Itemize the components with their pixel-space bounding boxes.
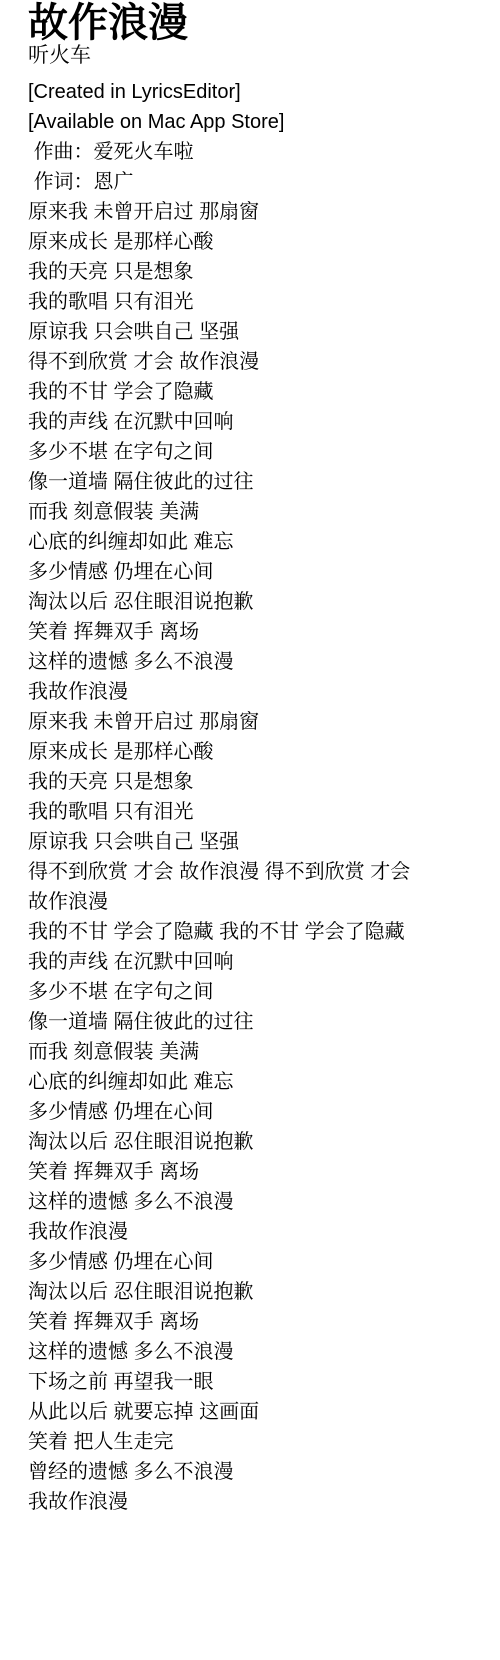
lyric-line: 原来成长 是那样心酸	[28, 737, 432, 767]
artist-name: 听火车	[28, 44, 490, 68]
lyric-line: 淘汰以后 忍住眼泪说抱歉	[28, 587, 432, 617]
lyric-line: 笑着 把人生走完	[28, 1427, 432, 1457]
lyric-line: 笑着 挥舞双手 离场	[28, 1307, 432, 1337]
lyric-line: 多少情感 仍埋在心间	[28, 1247, 432, 1277]
lyrics-page: 故作浪漫 听火车 [Created in LyricsEditor][Avail…	[0, 0, 500, 1660]
lyric-line: 心底的纠缠却如此 难忘	[28, 1067, 432, 1097]
lyric-line: 原谅我 只会哄自己 坚强	[28, 827, 432, 857]
lyric-line: 这样的遗憾 多么不浪漫	[28, 647, 432, 677]
lyric-line: 我的声线 在沉默中回响	[28, 947, 432, 977]
lyric-line: 多少情感 仍埋在心间	[28, 557, 432, 587]
meta-line: 作曲：爱死火车啦	[28, 137, 490, 167]
lyric-line: 而我 刻意假装 美满	[28, 497, 432, 527]
lyric-line: 我的天亮 只是想象	[28, 257, 432, 287]
lyric-line: 这样的遗憾 多么不浪漫	[28, 1187, 432, 1217]
lyric-line: 我故作浪漫	[28, 1487, 432, 1517]
meta-block: [Created in LyricsEditor][Available on M…	[28, 77, 490, 197]
meta-line: 作词：恩广	[28, 167, 490, 197]
lyric-line: 多少不堪 在字句之间	[28, 437, 432, 467]
lyric-line: 下场之前 再望我一眼	[28, 1367, 432, 1397]
meta-line: [Available on Mac App Store]	[28, 107, 490, 137]
lyric-line: 心底的纠缠却如此 难忘	[28, 527, 432, 557]
lyric-line: 原来我 未曾开启过 那扇窗	[28, 197, 432, 227]
lyric-line: 我的天亮 只是想象	[28, 767, 432, 797]
lyric-line: 笑着 挥舞双手 离场	[28, 617, 432, 647]
lyric-line: 得不到欣赏 才会 故作浪漫 得不到欣赏 才会 故作浪漫	[28, 857, 432, 917]
lyric-line: 淘汰以后 忍住眼泪说抱歉	[28, 1277, 432, 1307]
lyric-line: 我故作浪漫	[28, 677, 432, 707]
lyric-line: 像一道墙 隔住彼此的过往	[28, 1007, 432, 1037]
lyric-line: 我的不甘 学会了隐藏 我的不甘 学会了隐藏	[28, 917, 432, 947]
lyric-line: 淘汰以后 忍住眼泪说抱歉	[28, 1127, 432, 1157]
lyric-line: 我的声线 在沉默中回响	[28, 407, 432, 437]
song-title: 故作浪漫	[28, 2, 490, 44]
lyric-line: 从此以后 就要忘掉 这画面	[28, 1397, 432, 1427]
lyric-line: 多少情感 仍埋在心间	[28, 1097, 432, 1127]
lyric-line: 得不到欣赏 才会 故作浪漫	[28, 347, 432, 377]
lyric-line: 我故作浪漫	[28, 1217, 432, 1247]
lyric-line: 我的不甘 学会了隐藏	[28, 377, 432, 407]
lyric-line: 原谅我 只会哄自己 坚强	[28, 317, 432, 347]
lyric-line: 我的歌唱 只有泪光	[28, 797, 432, 827]
lyric-line: 曾经的遗憾 多么不浪漫	[28, 1457, 432, 1487]
lyric-line: 笑着 挥舞双手 离场	[28, 1157, 432, 1187]
lyric-line: 多少不堪 在字句之间	[28, 977, 432, 1007]
lyric-line: 原来我 未曾开启过 那扇窗	[28, 707, 432, 737]
lyrics-block: 原来我 未曾开启过 那扇窗原来成长 是那样心酸我的天亮 只是想象我的歌唱 只有泪…	[28, 197, 432, 1517]
lyric-line: 像一道墙 隔住彼此的过往	[28, 467, 432, 497]
meta-line: [Created in LyricsEditor]	[28, 77, 490, 107]
lyric-line: 我的歌唱 只有泪光	[28, 287, 432, 317]
lyric-line: 而我 刻意假装 美满	[28, 1037, 432, 1067]
lyric-line: 这样的遗憾 多么不浪漫	[28, 1337, 432, 1367]
lyric-line: 原来成长 是那样心酸	[28, 227, 432, 257]
